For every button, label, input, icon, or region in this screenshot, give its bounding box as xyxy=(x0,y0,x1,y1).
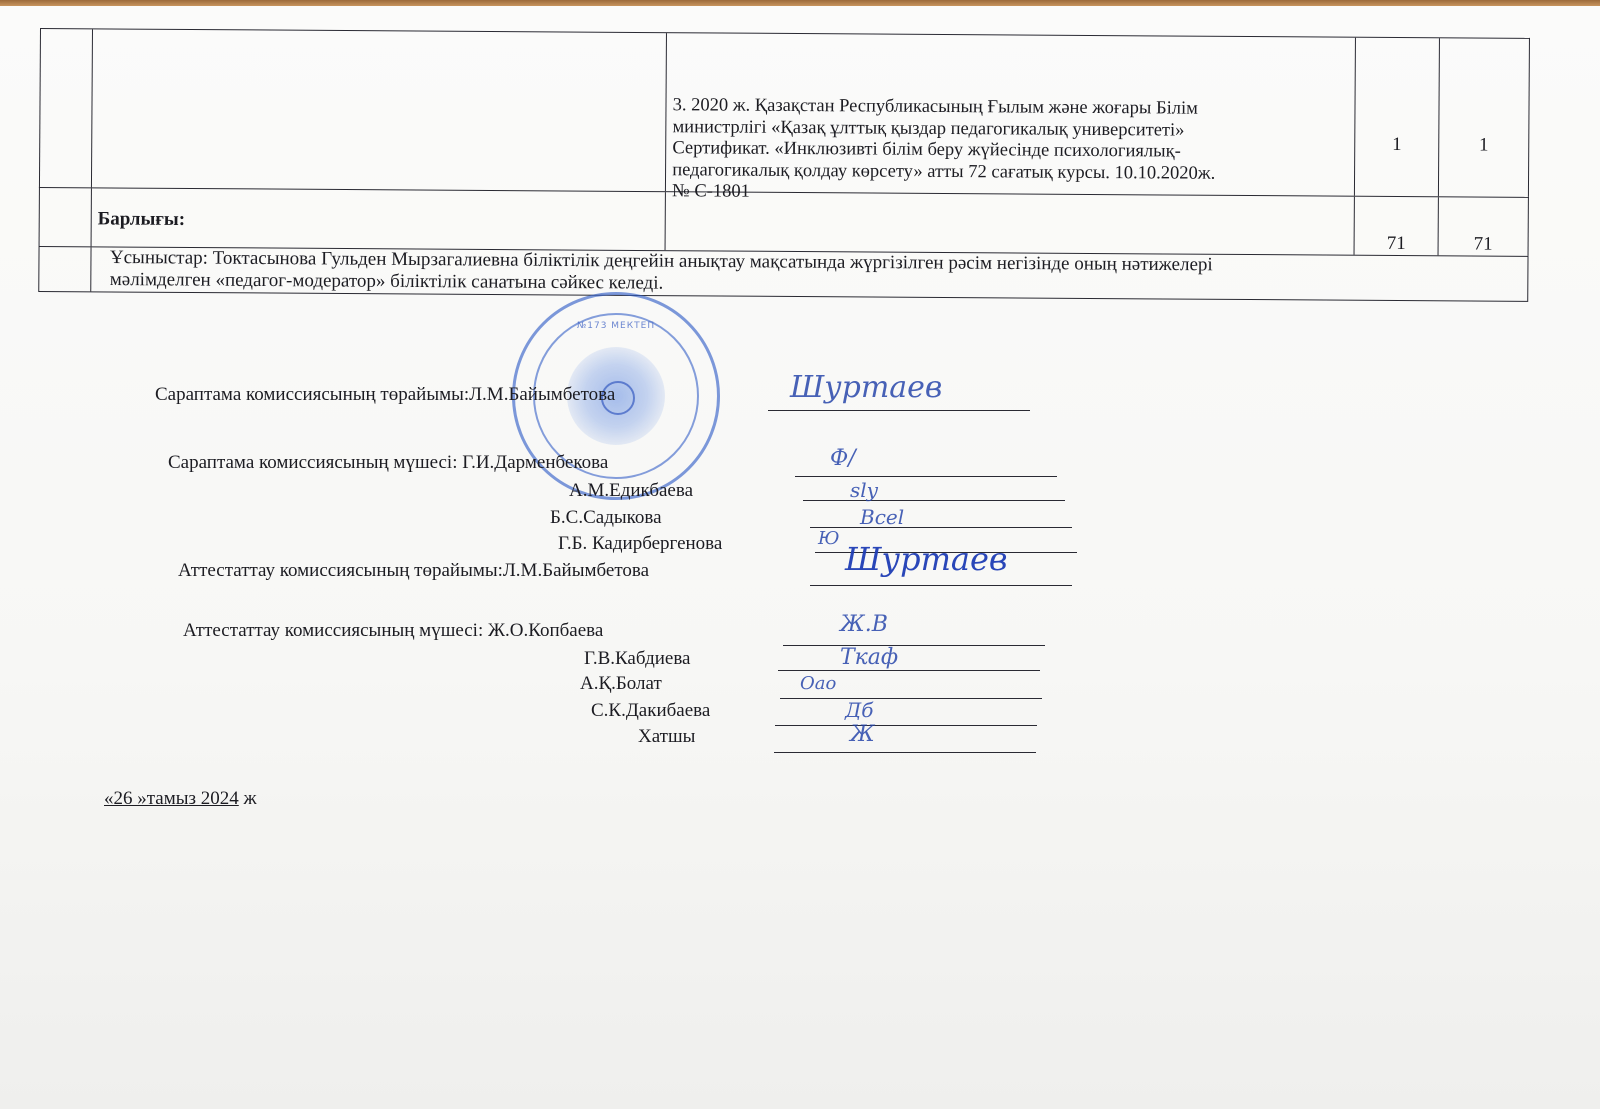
cell-number xyxy=(40,29,93,187)
cell-description: 3. 2020 ж. Қазақстан Республикасының Ғыл… xyxy=(666,33,1356,196)
cell-score-1: 1 xyxy=(1355,38,1440,197)
document-date: «26 »тамыз 2024 ж xyxy=(104,788,257,810)
total-label: Барлығы: xyxy=(91,188,666,250)
table-row-certificate: 3. 2020 ж. Қазақстан Республикасының Ғыл… xyxy=(39,28,1530,197)
cell-name xyxy=(92,29,667,191)
date-value: «26 »тамыз 2024 xyxy=(104,788,239,809)
description-line: педагогикалық қолдау көрсету» атты 72 са… xyxy=(672,160,1348,186)
cell-description xyxy=(666,192,1355,255)
state-emblem-icon xyxy=(567,347,665,445)
total-score-1: 71 xyxy=(1355,197,1439,256)
cell-number xyxy=(39,247,91,291)
official-stamp: №173 МЕКТЕП xyxy=(512,292,720,500)
total-score-2: 71 xyxy=(1439,197,1528,256)
cell-number xyxy=(40,188,92,246)
date-suffix: ж xyxy=(239,788,257,809)
stamp-text: №173 МЕКТЕП xyxy=(515,321,717,331)
recommendation-text: Ұсыныстар: Токтасынова Гульден Мырзагали… xyxy=(110,247,1510,300)
cell-score-2: 1 xyxy=(1439,38,1529,197)
table-row-total: Барлығы: 71 71 xyxy=(39,187,1529,256)
